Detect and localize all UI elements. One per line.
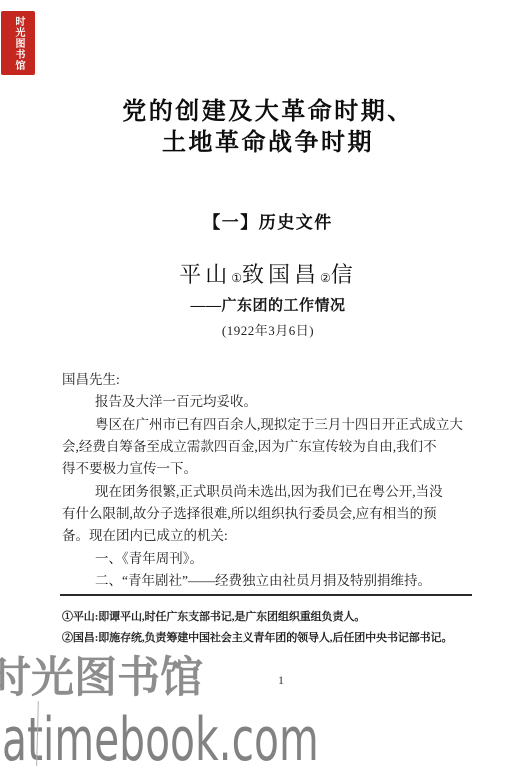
doc-title-mid: 致国昌 xyxy=(242,262,320,287)
section-header: 【一】历史文件 xyxy=(16,212,520,234)
body-line: 有什么限制,故分子选择很难,所以组织执行委员会,应有相当的预 xyxy=(62,503,474,525)
watermark-url: atimebook.com xyxy=(2,710,319,768)
body-line: 现在团务很繁,正式职员尚未选出,因为我们已在粤公开,当没 xyxy=(62,481,474,503)
footnote-separator-rule xyxy=(60,594,472,596)
footnote-marker-1: ① xyxy=(231,271,242,285)
doc-title-tail: 信 xyxy=(331,262,357,287)
body-line: 得不要极力宣传一下。 xyxy=(62,458,474,480)
doc-title-name1: 平山 xyxy=(179,262,231,287)
chapter-title-line2: 土地革命战争时期 xyxy=(16,128,520,158)
atimebook-logo-icon: 时光图书馆 xyxy=(1,11,35,75)
footnotes: ①平山:即谭平山,时任广东支部书记,是广东团组织重组负责人。 ②国昌:即施存统,… xyxy=(62,607,478,649)
footnote-marker-2: ② xyxy=(320,271,331,285)
watermark-chinese: 时光图书馆 xyxy=(0,655,203,702)
body-line: 备。现在团内已成立的机关: xyxy=(62,525,474,547)
logo-text: 时光图书馆 xyxy=(13,16,23,71)
footnote-2: ②国昌:即施存统,负责筹建中国社会主义青年团的领导人,后任团中央书记部书记。 xyxy=(62,628,478,649)
body-line: 国昌先生: xyxy=(62,369,474,391)
page-number: 1 xyxy=(278,673,284,688)
body-line: 报告及大洋一百元均妥收。 xyxy=(62,391,474,413)
document-subtitle: ——广东团的工作情况 xyxy=(16,296,520,316)
body-line: 一、《青年周刊》。 xyxy=(62,548,474,570)
scanned-book-page: 时光图书馆 党的创建及大革命时期、 土地革命战争时期 【一】历史文件 平山①致国… xyxy=(0,0,527,768)
document-date: (1922年3月6日) xyxy=(16,322,520,340)
chapter-title-line1: 党的创建及大革命时期、 xyxy=(16,97,520,127)
letter-body: 国昌先生: 报告及大洋一百元均妥收。 粤区在广州市已有四百余人,现拟定于三月十四… xyxy=(62,369,474,592)
document-title: 平山①致国昌②信 xyxy=(16,260,520,293)
body-line: 二、“青年剧社”——经费独立由社员月捐及特别捐维持。 xyxy=(62,570,474,592)
body-line: 粤区在广州市已有四百余人,现拟定于三月十四日开正式成立大 xyxy=(62,414,474,436)
footnote-1: ①平山:即谭平山,时任广东支部书记,是广东团组织重组负责人。 xyxy=(62,607,478,628)
body-line: 会,经费自筹备至成立需款四百金,因为广东宣传较为自由,我们不 xyxy=(62,436,474,458)
